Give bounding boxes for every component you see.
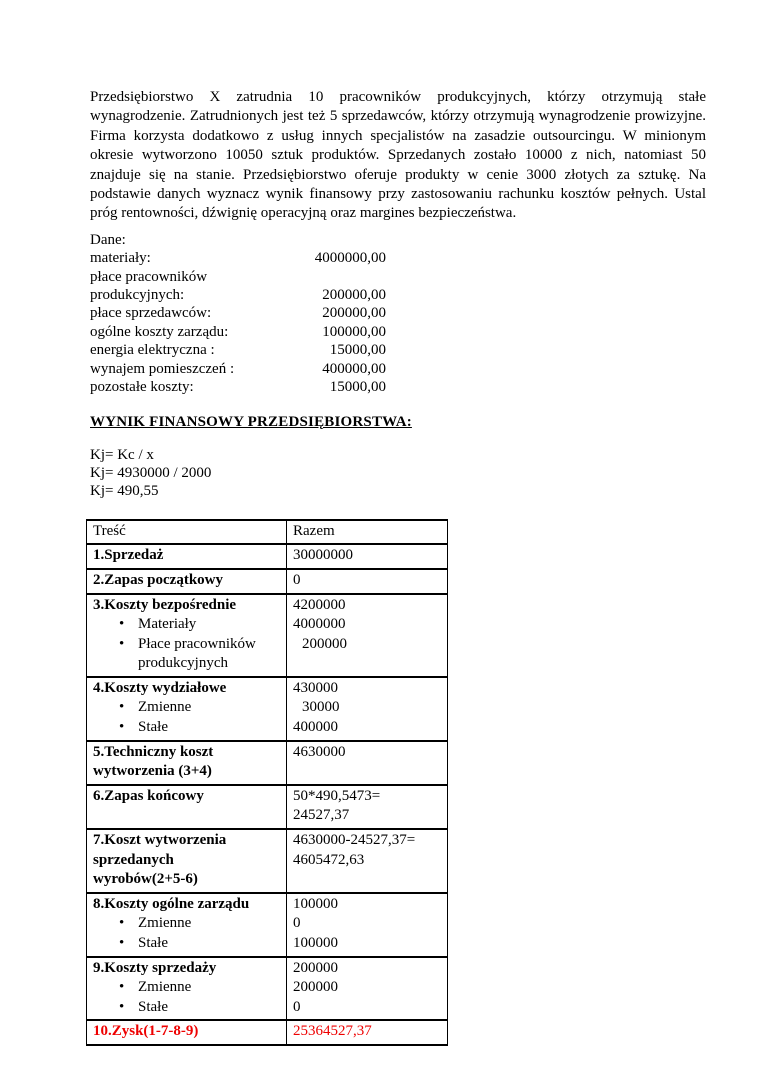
- value-line: 4605472,63: [293, 851, 442, 871]
- table-row: 6.Zapas końcowy50*490,5473=24527,37: [87, 785, 448, 829]
- value-line: 30000000: [293, 546, 442, 566]
- row-value-cell: 25364527,37: [287, 1020, 448, 1045]
- table-header-razem: Razem: [287, 520, 448, 545]
- bullet-icon: •: [119, 914, 124, 934]
- bullet-label: Stałe: [138, 999, 168, 1015]
- value-line: 25364527,37: [293, 1022, 442, 1042]
- row-value-cell: 4630000-24527,37=4605472,63: [287, 829, 448, 893]
- bullet-item: •Stałe: [93, 998, 281, 1018]
- bullet-icon: •: [119, 635, 124, 655]
- row-content-cell: 4.Koszty wydziałowe•Zmienne•Stałe: [87, 677, 287, 741]
- data-row-value: 200000,00: [322, 286, 386, 304]
- table-header-row: Treść Razem: [87, 520, 448, 545]
- bullet-item: •Zmienne: [93, 914, 281, 934]
- data-rows: materiały:4000000,00płace pracownikówpro…: [90, 249, 706, 396]
- data-row-label: ogólne koszty zarządu:: [90, 323, 228, 341]
- financial-result-table: Treść Razem 1.Sprzedaż300000002.Zapas po…: [86, 519, 448, 1046]
- table-row: 5.Techniczny koszt wytworzenia (3+4)4630…: [87, 741, 448, 785]
- value-line: 4200000: [293, 596, 442, 616]
- data-row: materiały:4000000,00: [90, 249, 386, 267]
- row-title: 1.Sprzedaż: [93, 546, 281, 566]
- row-value-cell: 50*490,5473=24527,37: [287, 785, 448, 829]
- row-value-cell: 30000000: [287, 544, 448, 569]
- row-content-cell: 3.Koszty bezpośrednie•Materiały•Płace pr…: [87, 594, 287, 677]
- data-row-value: 15000,00: [330, 378, 386, 396]
- row-title: 3.Koszty bezpośrednie: [93, 596, 281, 616]
- row-title: 4.Koszty wydziałowe: [93, 679, 281, 699]
- value-line: 200000: [293, 959, 442, 979]
- table-row: 2.Zapas początkowy0: [87, 569, 448, 594]
- value-line: 100000: [293, 934, 442, 954]
- bullet-icon: •: [119, 718, 124, 738]
- value-line: 0: [293, 571, 442, 591]
- row-title: 8.Koszty ogólne zarządu: [93, 895, 281, 915]
- row-title: 7.Koszt wytworzenia sprzedanych wyrobów(…: [93, 831, 281, 890]
- data-row-value: 4000000,00: [315, 249, 386, 267]
- intro-paragraph: Przedsiębiorstwo X zatrudnia 10 pracowni…: [90, 88, 706, 224]
- table-row: 8.Koszty ogólne zarządu•Zmienne•Stałe100…: [87, 893, 448, 957]
- data-row-label: wynajem pomieszczeń :: [90, 360, 234, 378]
- bullet-item: •Stałe: [93, 718, 281, 738]
- value-line: 4630000-24527,37=: [293, 831, 442, 851]
- bullet-label: Płace pracowników produkcyjnych: [138, 636, 256, 672]
- table-header-tresc: Treść: [87, 520, 287, 545]
- data-row: płace sprzedawców:200000,00: [90, 304, 386, 322]
- table-row: 1.Sprzedaż30000000: [87, 544, 448, 569]
- data-row-label: płace sprzedawców:: [90, 304, 211, 322]
- bullet-icon: •: [119, 998, 124, 1018]
- bullet-label: Zmienne: [138, 699, 191, 715]
- value-line: 200000: [293, 635, 442, 655]
- row-content-cell: 6.Zapas końcowy: [87, 785, 287, 829]
- row-content-cell: 8.Koszty ogólne zarządu•Zmienne•Stałe: [87, 893, 287, 957]
- row-value-cell: 2000002000000: [287, 957, 448, 1021]
- bullet-icon: •: [119, 934, 124, 954]
- value-line: 430000: [293, 679, 442, 699]
- value-line: 0: [293, 998, 442, 1018]
- bullet-label: Materiały: [138, 616, 196, 632]
- bullet-label: Stałe: [138, 719, 168, 735]
- row-content-cell: 1.Sprzedaż: [87, 544, 287, 569]
- section-heading: WYNIK FINANSOWY PRZEDSIĘBIORSTWA:: [90, 414, 706, 431]
- bullet-label: Zmienne: [138, 979, 191, 995]
- value-line: 4630000: [293, 743, 442, 763]
- formula-block: Kj= Kc / xKj= 4930000 / 2000Kj= 490,55: [90, 446, 706, 501]
- value-line: 50*490,5473=: [293, 787, 442, 807]
- data-row: pozostałe koszty:15000,00: [90, 378, 386, 396]
- bullet-item: •Materiały: [93, 615, 281, 635]
- row-title: 9.Koszty sprzedaży: [93, 959, 281, 979]
- data-row-label: produkcyjnych:: [90, 286, 184, 304]
- document-page: Przedsiębiorstwo X zatrudnia 10 pracowni…: [0, 0, 760, 1046]
- row-content-cell: 9.Koszty sprzedaży•Zmienne•Stałe: [87, 957, 287, 1021]
- table-body: 1.Sprzedaż300000002.Zapas początkowy03.K…: [87, 544, 448, 1045]
- data-row: energia elektryczna :15000,00: [90, 341, 386, 359]
- row-content-cell: 5.Techniczny koszt wytworzenia (3+4): [87, 741, 287, 785]
- table-row: 10.Zysk(1-7-8-9)25364527,37: [87, 1020, 448, 1045]
- data-row: wynajem pomieszczeń :400000,00: [90, 360, 386, 378]
- value-line: 100000: [293, 895, 442, 915]
- data-section: Dane: materiały:4000000,00płace pracowni…: [90, 231, 706, 397]
- row-value-cell: 43000030000400000: [287, 677, 448, 741]
- value-line: 400000: [293, 718, 442, 738]
- row-value-cell: 42000004000000200000: [287, 594, 448, 677]
- table-row: 3.Koszty bezpośrednie•Materiały•Płace pr…: [87, 594, 448, 677]
- data-row-label: pozostałe koszty:: [90, 378, 194, 396]
- data-row-label: materiały:: [90, 249, 151, 267]
- data-row-value: 200000,00: [322, 304, 386, 322]
- value-line: 30000: [293, 698, 442, 718]
- formula-line: Kj= 4930000 / 2000: [90, 464, 706, 482]
- bullet-label: Zmienne: [138, 915, 191, 931]
- table-row: 4.Koszty wydziałowe•Zmienne•Stałe4300003…: [87, 677, 448, 741]
- data-row: ogólne koszty zarządu:100000,00: [90, 323, 386, 341]
- bullet-icon: •: [119, 698, 124, 718]
- data-row-label: płace pracowników: [90, 268, 207, 286]
- row-title: 5.Techniczny koszt wytworzenia (3+4): [93, 743, 281, 782]
- bullet-label: Stałe: [138, 935, 168, 951]
- formula-line: Kj= 490,55: [90, 482, 706, 500]
- table-row: 9.Koszty sprzedaży•Zmienne•Stałe20000020…: [87, 957, 448, 1021]
- data-row-value: 100000,00: [322, 323, 386, 341]
- bullet-icon: •: [119, 978, 124, 998]
- table-row: 7.Koszt wytworzenia sprzedanych wyrobów(…: [87, 829, 448, 893]
- row-content-cell: 2.Zapas początkowy: [87, 569, 287, 594]
- row-title: 10.Zysk(1-7-8-9): [93, 1022, 281, 1042]
- row-value-cell: 0: [287, 569, 448, 594]
- data-row-value: 15000,00: [330, 341, 386, 359]
- formula-line: Kj= Kc / x: [90, 446, 706, 464]
- table-head: Treść Razem: [87, 520, 448, 545]
- bullet-icon: •: [119, 615, 124, 635]
- bullet-item: •Zmienne: [93, 978, 281, 998]
- value-line: 0: [293, 914, 442, 934]
- bullet-item: •Zmienne: [93, 698, 281, 718]
- bullet-item: •Płace pracowników produkcyjnych: [93, 635, 281, 674]
- value-line: 200000: [293, 978, 442, 998]
- data-row: płace pracowników: [90, 268, 386, 286]
- data-section-label: Dane:: [90, 231, 706, 249]
- data-row-label: energia elektryczna :: [90, 341, 215, 359]
- row-content-cell: 7.Koszt wytworzenia sprzedanych wyrobów(…: [87, 829, 287, 893]
- row-content-cell: 10.Zysk(1-7-8-9): [87, 1020, 287, 1045]
- row-value-cell: 1000000100000: [287, 893, 448, 957]
- data-row-value: 400000,00: [322, 360, 386, 378]
- bullet-item: •Stałe: [93, 934, 281, 954]
- value-line: 24527,37: [293, 806, 442, 826]
- row-value-cell: 4630000: [287, 741, 448, 785]
- value-line: 4000000: [293, 615, 442, 635]
- row-title: 6.Zapas końcowy: [93, 787, 281, 807]
- data-row: produkcyjnych:200000,00: [90, 286, 386, 304]
- row-title: 2.Zapas początkowy: [93, 571, 281, 591]
